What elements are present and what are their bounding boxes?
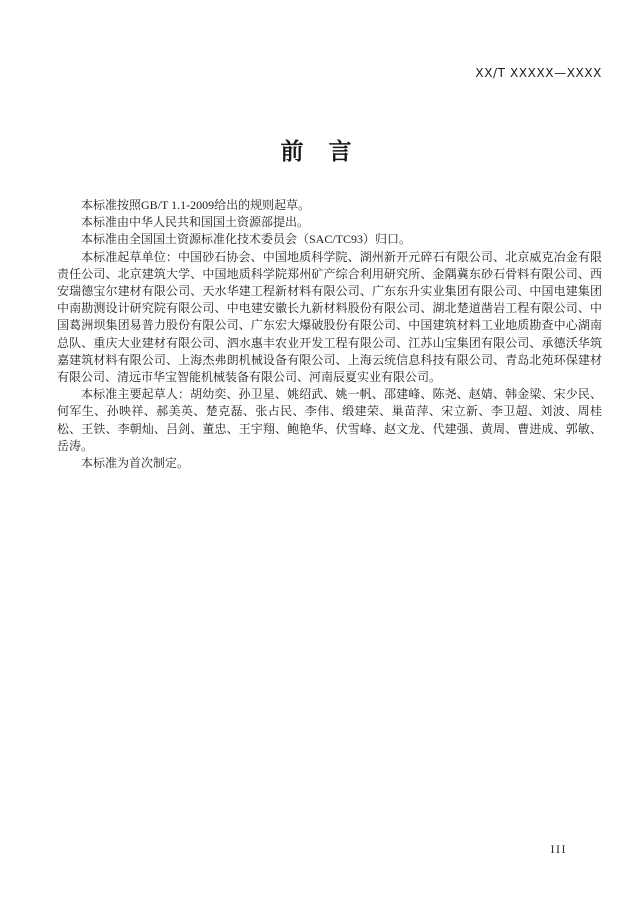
- foreword-body: 本标准按照GB/T 1.1-2009给出的规则起草。 本标准由中华人民共和国国土…: [57, 197, 602, 472]
- paragraph-main-drafters: 本标准主要起草人：胡幼奕、孙卫星、姚绍武、姚一帆、邵建峰、陈尧、赵婧、韩金梁、宋…: [57, 386, 602, 455]
- page-number: III: [551, 842, 568, 857]
- page-title: 前 言: [0, 133, 633, 166]
- document-page: XX/T XXXXX—XXXX 前 言 本标准按照GB/T 1.1-2009给出…: [0, 0, 633, 907]
- paragraph-first-edition: 本标准为首次制定。: [57, 455, 602, 472]
- standard-code-header: XX/T XXXXX—XXXX: [475, 66, 602, 80]
- paragraph-proposed-by: 本标准由中华人民共和国国土资源部提出。: [57, 214, 602, 231]
- paragraph-centralized-by: 本标准由全国国土资源标准化技术委员会（SAC/TC93）归口。: [57, 231, 602, 248]
- paragraph-drafting-rule: 本标准按照GB/T 1.1-2009给出的规则起草。: [57, 197, 602, 214]
- paragraph-drafting-organizations: 本标准起草单位：中国砂石协会、中国地质科学院、湖州新开元碎石有限公司、北京威克冶…: [57, 249, 602, 387]
